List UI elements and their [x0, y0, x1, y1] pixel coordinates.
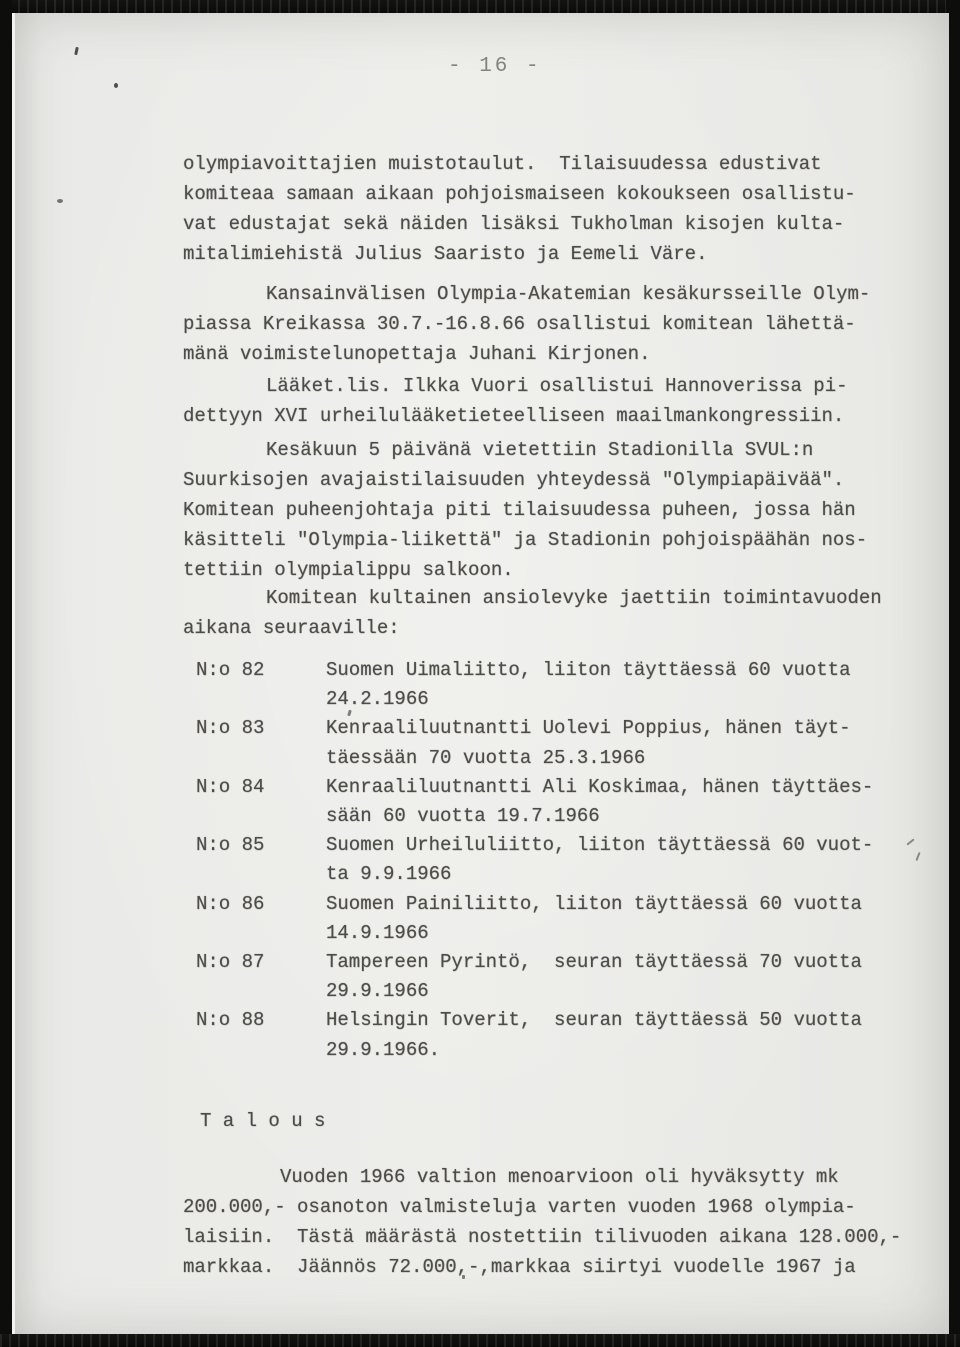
award-line: 29.9.1966. — [326, 1036, 862, 1065]
paragraph-line: Suurkisojen avajaistilaisuuden yhteydess… — [183, 465, 903, 495]
paragraph-line: markkaa. Jäännös 72.000,-,markkaa siirty… — [183, 1252, 903, 1282]
paragraph-line: dettyyn XVI urheilulääketieteelliseen ma… — [183, 401, 903, 431]
paragraph-line: Kansainvälisen Olympia-Akatemian kesäkur… — [183, 279, 903, 309]
paragraph-line: vat edustajat sekä näiden lisäksi Tukhol… — [183, 209, 903, 239]
award-item: N:o 86 Suomen Painiliitto, liiton täyttä… — [196, 890, 936, 948]
award-line: 14.9.1966 — [326, 919, 862, 948]
award-item: N:o 83 Kenraaliluutnantti Uolevi Poppius… — [196, 714, 936, 772]
paragraph-line: mitalimiehistä Julius Saaristo ja Eemeli… — [183, 239, 903, 269]
award-text: Suomen Uimaliitto, liiton täyttäessä 60 … — [326, 656, 851, 714]
award-line: Kenraaliluutnantti Ali Koskimaa, hänen t… — [326, 773, 873, 802]
paragraph-line: Kesäkuun 5 päivänä vietettiin Stadionill… — [183, 435, 903, 465]
award-line: Kenraaliluutnantti Uolevi Poppius, hänen… — [326, 714, 851, 743]
award-item: N:o 87 Tampereen Pyrintö, seuran täyttäe… — [196, 948, 936, 1006]
paragraph-talous-budget: Vuoden 1966 valtion menoarvioon oli hyvä… — [183, 1162, 903, 1282]
paragraph-line: aikana seuraaville: — [183, 613, 903, 643]
paragraph-ilkka-vuori: Lääket.lis. Ilkka Vuori osallistui Hanno… — [183, 371, 903, 431]
award-number-text: N:o 87 — [196, 948, 326, 977]
award-item: N:o 82 Suomen Uimaliitto, liiton täyttäe… — [196, 656, 936, 714]
scan-border-bottom — [0, 1334, 960, 1347]
paragraph-line: olympiavoittajien muistotaulut. Tilaisuu… — [183, 149, 903, 179]
scan-speck — [114, 83, 118, 88]
award-line: sään 60 vuotta 19.7.1966 — [326, 802, 873, 831]
award-number-text: N:o 82 — [196, 656, 326, 685]
paragraph-line: piassa Kreikassa 30.7.-16.8.66 osallistu… — [183, 309, 903, 339]
section-heading-text: T a l o u s — [200, 1106, 325, 1136]
award-line: Suomen Painiliitto, liiton täyttäessä 60… — [326, 890, 862, 919]
award-number: N:o 85 — [196, 831, 326, 889]
paragraph-line: Komitean puheenjohtaja piti tilaisuudess… — [183, 495, 903, 525]
scan-border-top — [0, 0, 960, 13]
award-number: N:o 82 — [196, 656, 326, 714]
page-number: - 16 - — [448, 55, 542, 78]
award-text: Kenraaliluutnantti Ali Koskimaa, hänen t… — [326, 773, 873, 831]
award-text: Kenraaliluutnantti Uolevi Poppius, hänen… — [326, 714, 851, 772]
paragraph-line: Lääket.lis. Ilkka Vuori osallistui Hanno… — [183, 371, 903, 401]
award-item: N:o 88 Helsingin Toverit, seuran täyttäe… — [196, 1006, 936, 1064]
award-number: N:o 87 — [196, 948, 326, 1006]
section-heading-talous: T a l o u s — [200, 1106, 325, 1136]
award-number: N:o 83 — [196, 714, 326, 772]
paragraph-line: komiteaa samaan aikaan pohjoismaiseen ko… — [183, 179, 903, 209]
scan-speck — [57, 199, 63, 203]
award-number-text: N:o 84 — [196, 773, 326, 802]
award-list: N:o 82 Suomen Uimaliitto, liiton täyttäe… — [196, 656, 936, 1065]
award-number-text: N:o 85 — [196, 831, 326, 860]
award-line: Helsingin Toverit, seuran täyttäessä 50 … — [326, 1006, 862, 1035]
award-text: Helsingin Toverit, seuran täyttäessä 50 … — [326, 1006, 862, 1064]
award-item: N:o 85 Suomen Urheiluliitto, liiton täyt… — [196, 831, 936, 889]
scan-border-left — [0, 0, 12, 1347]
award-line: Suomen Uimaliitto, liiton täyttäessä 60 … — [326, 656, 851, 685]
award-line: Suomen Urheiluliitto, liiton täyttäessä … — [326, 831, 873, 860]
paragraph-line: mänä voimistelunopettaja Juhani Kirjonen… — [183, 339, 903, 369]
award-number-text: N:o 86 — [196, 890, 326, 919]
scan-speck — [74, 47, 79, 55]
paragraph-line: käsitteli "Olympia-liikettä" ja Stadioni… — [183, 525, 903, 555]
award-line: täessään 70 vuotta 25.3.1966 — [326, 744, 851, 773]
paragraph-olympia-akatemia: Kansainvälisen Olympia-Akatemian kesäkur… — [183, 279, 903, 369]
award-number: N:o 86 — [196, 890, 326, 948]
paragraph-line: laisiin. Tästä määrästä nostettiin tiliv… — [183, 1222, 903, 1252]
scan-speck — [462, 1275, 465, 1279]
award-line: 24.2.1966 — [326, 685, 851, 714]
award-line: Tampereen Pyrintö, seuran täyttäessä 70 … — [326, 948, 862, 977]
paragraph-line: 200.000,- osanoton valmisteluja varten v… — [183, 1192, 903, 1222]
award-text: Suomen Urheiluliitto, liiton täyttäessä … — [326, 831, 873, 889]
award-text: Suomen Painiliitto, liiton täyttäessä 60… — [326, 890, 862, 948]
award-number-text: N:o 88 — [196, 1006, 326, 1035]
paragraph-line: Komitean kultainen ansiolevyke jaettiin … — [183, 583, 903, 613]
paragraph-line: Vuoden 1966 valtion menoarvioon oli hyvä… — [183, 1162, 903, 1192]
award-number-text: N:o 83 — [196, 714, 326, 743]
award-number: N:o 84 — [196, 773, 326, 831]
paragraph-line: tettiin olympialippu salkoon. — [183, 555, 903, 585]
award-line: 29.9.1966 — [326, 977, 862, 1006]
award-number: N:o 88 — [196, 1006, 326, 1064]
award-text: Tampereen Pyrintö, seuran täyttäessä 70 … — [326, 948, 862, 1006]
document-page: - 16 - olympiavoittajien muistotaulut. T… — [12, 13, 949, 1334]
award-item: N:o 84 Kenraaliluutnantti Ali Koskimaa, … — [196, 773, 936, 831]
paragraph-ansiolevyke: Komitean kultainen ansiolevyke jaettiin … — [183, 583, 903, 643]
award-line: ta 9.9.1966 — [326, 860, 873, 889]
paragraph-olympiapaiva: Kesäkuun 5 päivänä vietettiin Stadionill… — [183, 435, 903, 585]
paragraph-continuation: olympiavoittajien muistotaulut. Tilaisuu… — [183, 149, 903, 269]
